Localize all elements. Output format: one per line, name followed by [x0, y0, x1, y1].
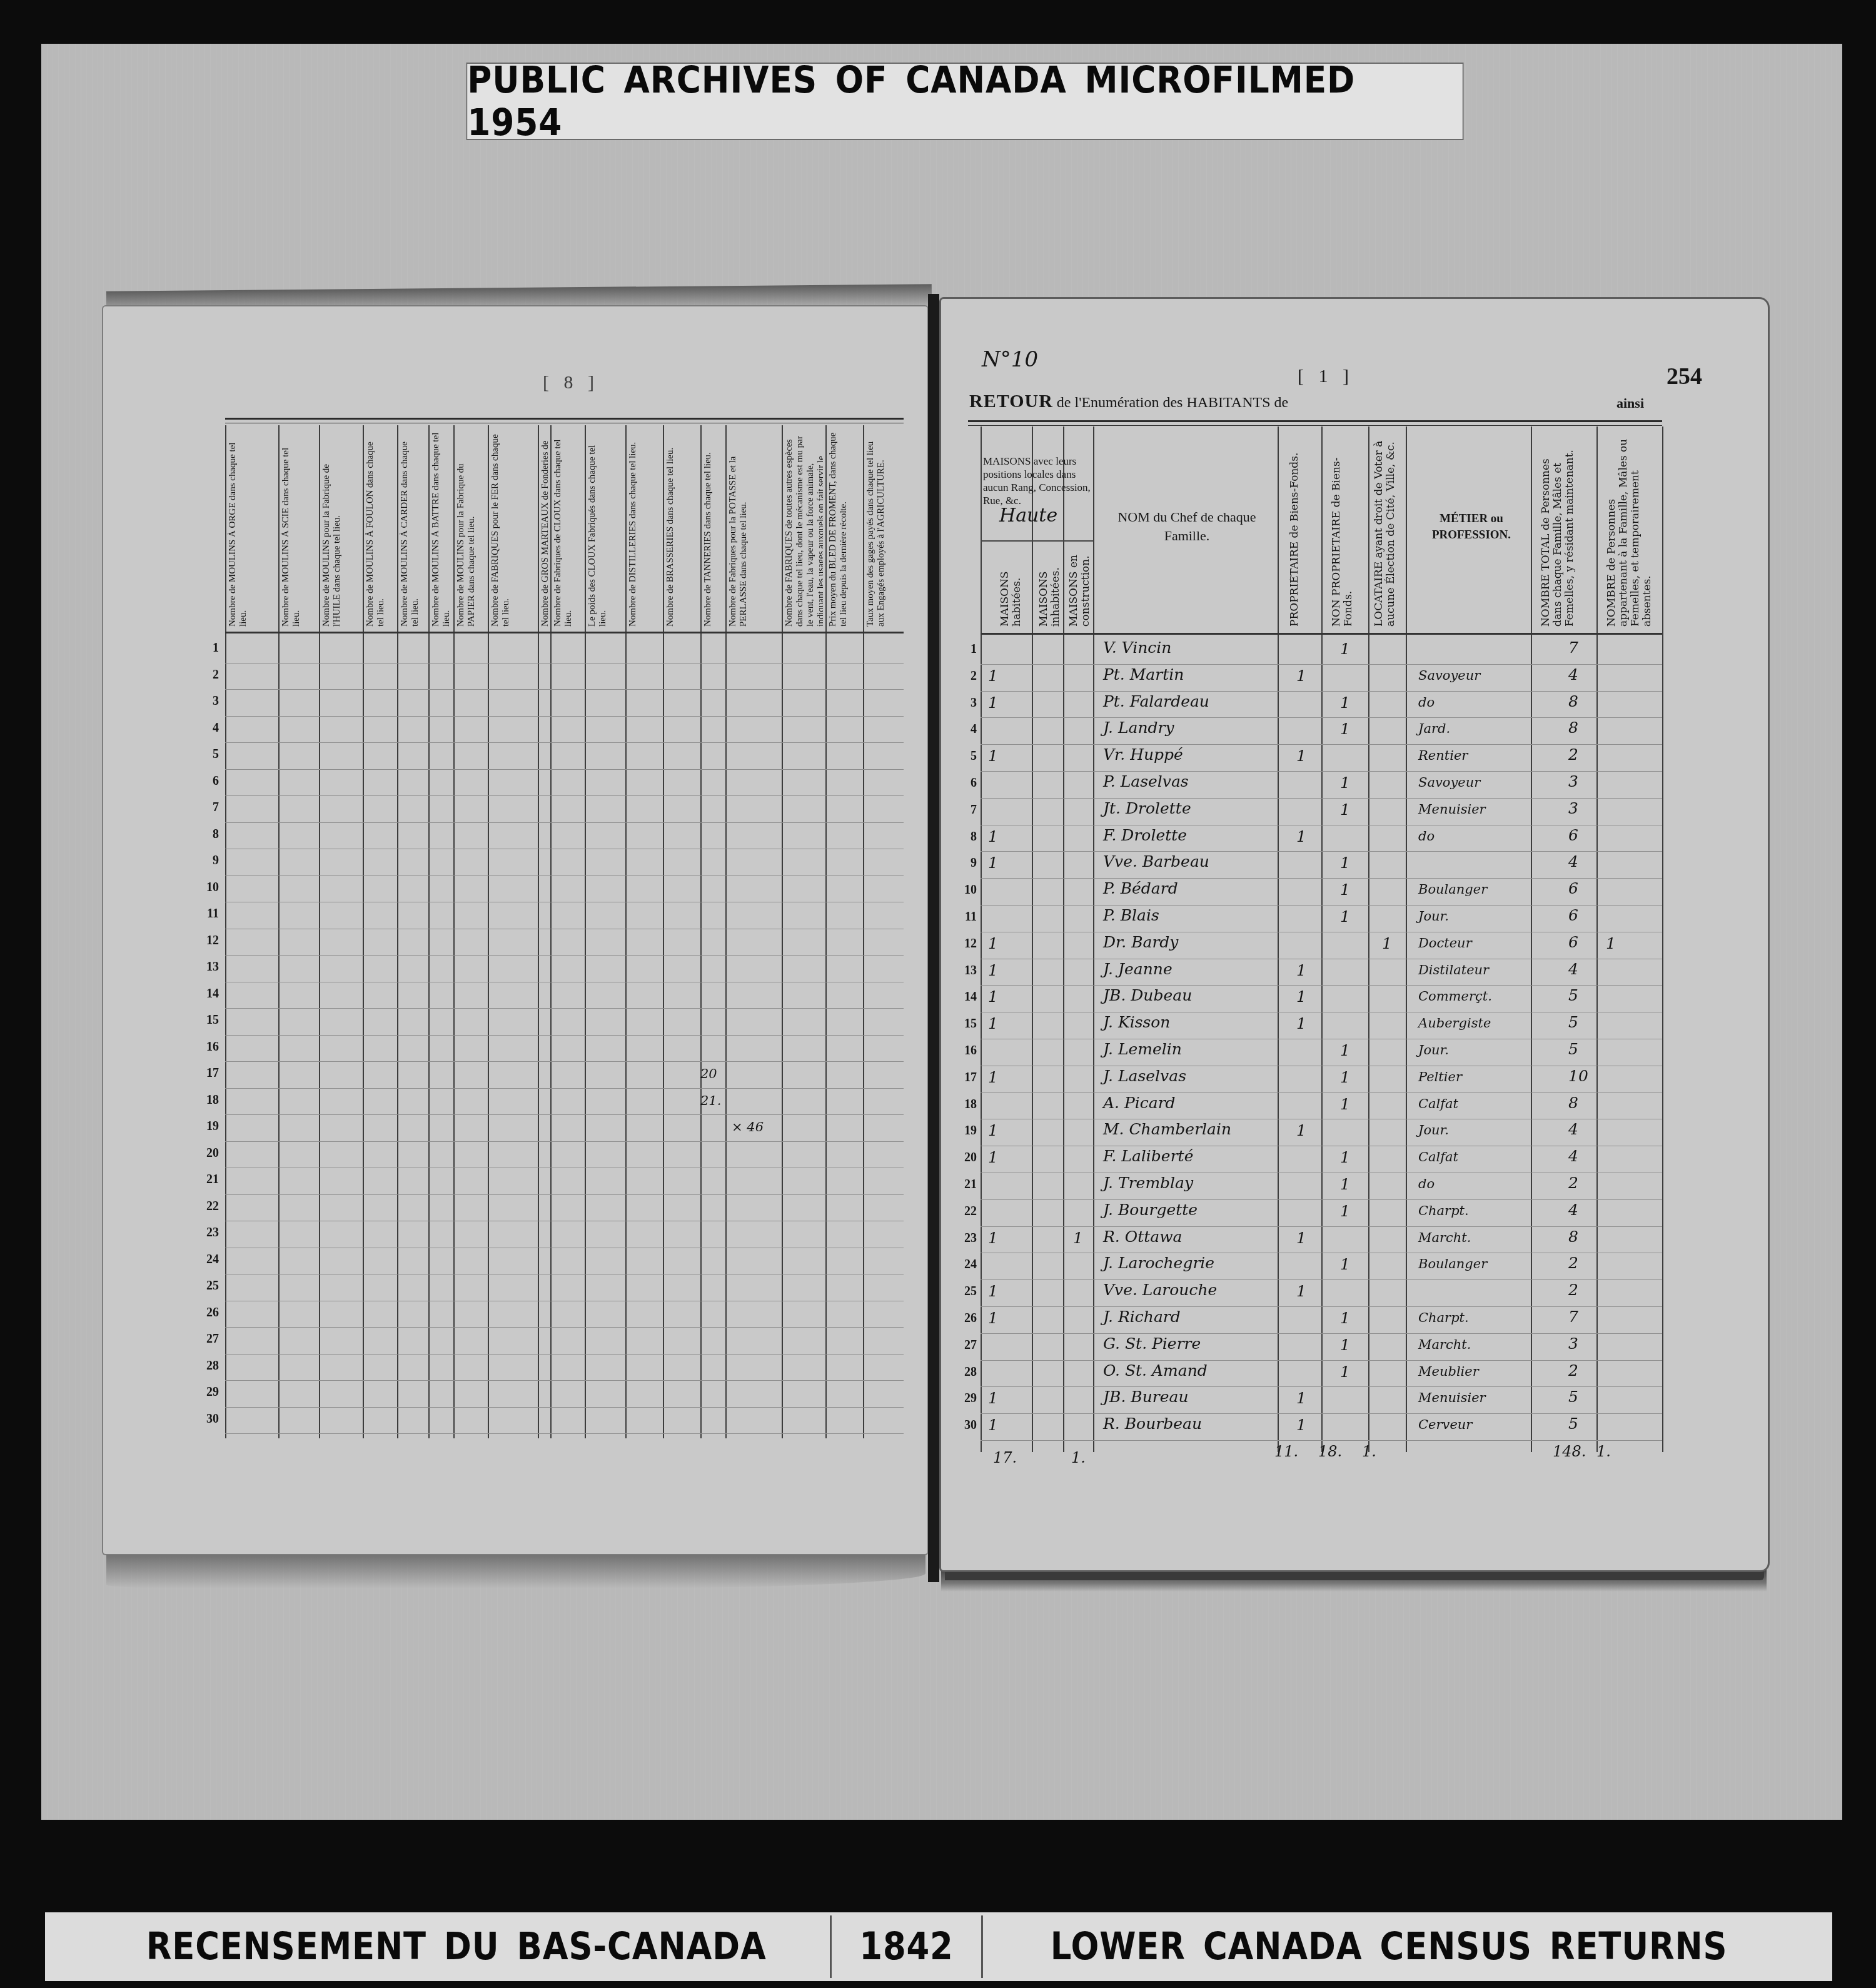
column-divider	[825, 425, 827, 1438]
column-header: MAISONS habitées.	[999, 545, 1024, 627]
occupation-cell: do	[1418, 1176, 1435, 1191]
non-proprietaire-cell: 1	[1340, 1202, 1350, 1220]
row-rule	[225, 1274, 904, 1274]
column-divider	[1596, 426, 1598, 1452]
row-number: 9	[198, 854, 219, 868]
column-header: LOCATAIRE ayant droit de Voter à aucune …	[1373, 439, 1402, 627]
non-proprietaire-cell: 1	[1340, 694, 1350, 712]
tannery-count: 21.	[700, 1093, 721, 1108]
row-number: 23	[198, 1226, 219, 1240]
maisons-habitees-cell: 1	[988, 1416, 998, 1434]
folio-number: 254	[1667, 363, 1702, 390]
column-header: Nombre de MOULINS À BATTRE dans chaque t…	[431, 430, 451, 627]
book-spine	[928, 294, 939, 1582]
maisons-group-header: MAISONS avec leurs positions locales dan…	[983, 455, 1091, 507]
row-number: 26	[956, 1311, 977, 1326]
column-divider	[663, 425, 664, 1438]
column-divider	[625, 425, 627, 1438]
row-number: 13	[198, 960, 219, 974]
proprietaire-cell: 1	[1296, 827, 1306, 845]
header-rule	[225, 418, 904, 423]
row-number: 1	[956, 642, 977, 657]
head-of-family-name: J. Kisson	[1103, 1013, 1170, 1031]
row-rule	[981, 1146, 1662, 1146]
proprietaire-cell: 1	[1296, 1389, 1306, 1407]
row-number: 10	[198, 880, 219, 895]
row-number: 24	[198, 1253, 219, 1267]
row-number: 16	[198, 1040, 219, 1054]
row-number: 24	[956, 1258, 977, 1272]
non-proprietaire-cell: 1	[1340, 1068, 1350, 1086]
head-of-family-name: JB. Bureau	[1103, 1388, 1189, 1406]
row-rule	[981, 851, 1662, 852]
column-header: Taux moyen des gages payés dans chaque t…	[865, 430, 901, 627]
total-persons-cell: 6	[1568, 933, 1578, 951]
row-rule	[225, 875, 904, 876]
row-number: 18	[198, 1093, 219, 1108]
total-persons-cell: 2	[1568, 1174, 1578, 1192]
row-rule	[225, 929, 904, 929]
row-rule	[981, 825, 1662, 825]
column-divider	[1662, 426, 1663, 1452]
head-of-family-name: Vr. Huppé	[1103, 745, 1183, 764]
non-proprietaire-cell: 1	[1340, 880, 1350, 899]
column-header: PROPRIÉTAIRE de Biens-Fonds.	[1289, 439, 1311, 627]
head-of-family-name: P. Blais	[1103, 906, 1159, 924]
non-proprietaire-cell: 1	[1340, 640, 1350, 658]
total-persons-cell: 8	[1568, 692, 1578, 710]
total-maisons-construction: 1.	[1071, 1449, 1086, 1466]
occupation-cell: Savoyeur	[1418, 775, 1480, 790]
head-of-family-name: J. Laselvas	[1103, 1067, 1186, 1085]
non-proprietaire-cell: 1	[1340, 1175, 1350, 1193]
total-persons-cell: 5	[1568, 1388, 1578, 1406]
row-rule	[225, 689, 904, 690]
row-rule	[981, 744, 1662, 745]
proprietaire-cell: 1	[1296, 1229, 1306, 1247]
row-number: 22	[198, 1199, 219, 1214]
head-of-family-name: F. Drolette	[1103, 826, 1187, 844]
row-number: 3	[198, 694, 219, 709]
total-persons-cell: 4	[1568, 665, 1578, 684]
total-persons-cell: 2	[1568, 1254, 1578, 1272]
row-rule	[981, 798, 1662, 799]
column-divider	[585, 425, 586, 1438]
occupation-cell: Menuisier	[1418, 802, 1486, 817]
row-rule	[981, 664, 1662, 665]
row-rule	[981, 1092, 1662, 1093]
head-of-family-name: O. St. Amand	[1103, 1361, 1208, 1380]
non-proprietaire-cell: 1	[1340, 1041, 1350, 1059]
maisons-habitees-cell: 1	[988, 747, 998, 765]
column-header: Nombre de MOULINS À SCIE dans chaque tel…	[281, 430, 316, 627]
proprietaire-cell: 1	[1296, 747, 1306, 765]
non-proprietaire-cell: 1	[1340, 1095, 1350, 1113]
handwritten-location: Haute	[999, 505, 1057, 527]
row-number: 23	[956, 1231, 977, 1246]
left-page-number: [ 8 ]	[543, 372, 599, 393]
total-persons-cell: 5	[1568, 1040, 1578, 1058]
column-header: NOMBRE de Personnes appartenant à la Fam…	[1606, 433, 1653, 627]
row-rule	[225, 1301, 904, 1301]
row-rule	[981, 771, 1662, 772]
maisons-habitees-cell: 1	[988, 1309, 998, 1327]
row-rule	[225, 1380, 904, 1381]
head-of-family-name: P. Bédard	[1103, 879, 1178, 897]
row-rule	[981, 1386, 1662, 1387]
column-divider	[278, 425, 280, 1438]
maisons-habitees-cell: 1	[988, 961, 998, 979]
row-number: 12	[956, 937, 977, 951]
row-number: 8	[956, 830, 977, 844]
row-rule	[981, 1173, 1662, 1173]
row-rule	[225, 769, 904, 770]
row-rule	[981, 1440, 1662, 1441]
column-header: MAISONS inhabitées.	[1038, 545, 1062, 627]
total-persons-cell: 2	[1568, 1361, 1578, 1380]
row-number: 18	[956, 1097, 977, 1112]
occupation-cell: Peltier	[1418, 1069, 1462, 1084]
column-header: Nombre de FABRIQUES de toutes autres esp…	[784, 430, 823, 627]
total-persons-cell: 10	[1568, 1067, 1588, 1085]
row-rule	[225, 663, 904, 664]
row-rule	[225, 1354, 904, 1355]
occupation-cell: Boulanger	[1418, 882, 1487, 897]
row-rule	[225, 1221, 904, 1221]
row-number: 12	[198, 934, 219, 948]
head-of-family-name: R. Ottawa	[1103, 1228, 1183, 1246]
head-of-family-name: Vve. Larouche	[1103, 1281, 1217, 1299]
total-persons-cell: 5	[1568, 986, 1578, 1004]
row-rule	[225, 1061, 904, 1062]
column-header: Nombre de TANNERIES dans chaque tel lieu…	[703, 430, 723, 627]
total-persons-cell: 3	[1568, 772, 1578, 790]
occupation-cell: Distilateur	[1418, 962, 1489, 977]
column-divider	[725, 425, 727, 1438]
group-rule	[981, 540, 1093, 542]
row-number: 5	[198, 747, 219, 762]
column-header: Prix moyen du BLED DE FROMENT, dans chaq…	[828, 430, 860, 627]
row-rule	[225, 1168, 904, 1168]
occupation-cell: Menuisier	[1418, 1390, 1486, 1405]
row-rule	[225, 955, 904, 956]
row-rule	[981, 1119, 1662, 1119]
column-divider	[453, 425, 455, 1438]
total-persons-cell: 8	[1568, 1228, 1578, 1246]
row-number: 19	[956, 1124, 977, 1138]
head-of-family-name: Dr. Bardy	[1103, 933, 1179, 951]
row-number: 21	[956, 1178, 977, 1192]
proprietaire-cell: 1	[1296, 987, 1306, 1006]
total-absent: 1.	[1596, 1443, 1611, 1460]
row-rule	[225, 1088, 904, 1089]
form-title-rest: de l'Enumération des HABITANTS de	[1057, 395, 1288, 411]
head-of-family-name: Pt. Falardeau	[1103, 692, 1209, 710]
occupation-cell: Marcht.	[1418, 1230, 1471, 1245]
head-of-family-name: V. Vincin	[1103, 638, 1171, 657]
row-number: 27	[198, 1332, 219, 1346]
total-persons-cell: 4	[1568, 1201, 1578, 1219]
potash-entry: × 46	[732, 1119, 764, 1134]
row-number: 17	[956, 1071, 977, 1085]
head-of-family-name: Pt. Martin	[1103, 665, 1184, 684]
row-rule	[981, 1360, 1662, 1361]
row-rule	[981, 1306, 1662, 1307]
row-number: 15	[956, 1017, 977, 1031]
row-number: 20	[198, 1146, 219, 1161]
occupation-cell: Jour.	[1418, 909, 1449, 924]
row-rule	[225, 822, 904, 823]
column-header: Nombre de DISTILLERIES dans chaque tel l…	[628, 430, 660, 627]
row-rule	[981, 717, 1662, 718]
head-of-family-name: P. Laselvas	[1103, 772, 1189, 790]
non-proprietaire-cell: 1	[1340, 854, 1350, 872]
total-persons-cell: 4	[1568, 960, 1578, 978]
right-page-number: [ 1 ]	[1298, 366, 1354, 387]
occupation-cell: Marcht.	[1418, 1337, 1471, 1352]
column-divider	[538, 425, 539, 1438]
row-rule	[225, 1248, 904, 1248]
column-divider	[363, 425, 364, 1438]
total-persons-cell: 6	[1568, 826, 1578, 844]
total-persons-cell: 4	[1568, 1120, 1578, 1138]
column-divider	[550, 425, 552, 1438]
total-persons-cell: 2	[1568, 745, 1578, 764]
non-proprietaire-cell: 1	[1340, 800, 1350, 819]
maisons-habitees-cell: 1	[988, 694, 998, 712]
locataire-cell: 1	[1382, 934, 1392, 952]
row-number: 25	[956, 1284, 977, 1299]
column-divider	[1406, 426, 1407, 1452]
head-of-family-name: J. Lemelin	[1103, 1040, 1182, 1058]
occupation-cell: Aubergiste	[1418, 1016, 1491, 1031]
column-header: Nombre de MOULINS pour la Fabrique du PA…	[456, 430, 485, 627]
tannery-count: 20	[700, 1066, 717, 1081]
row-rule	[981, 1253, 1662, 1253]
maisons-habitees-cell: 1	[988, 934, 998, 952]
proprietaire-cell: 1	[1296, 1014, 1306, 1032]
column-header: NOMBRE TOTAL de Personnes dans chaque Fa…	[1540, 433, 1587, 627]
row-rule	[225, 1194, 904, 1195]
column-header: Nombre de MOULINS À ORGE dans chaque tel…	[228, 430, 276, 627]
total-persons-cell: 3	[1568, 1335, 1578, 1353]
occupation-cell: do	[1418, 829, 1435, 844]
maisons-habitees-cell: 1	[988, 827, 998, 845]
row-rule	[981, 1199, 1662, 1200]
row-rule	[981, 932, 1662, 932]
occupation-cell: Jard.	[1418, 721, 1450, 736]
banner-year: 1842	[859, 1925, 953, 1969]
row-rule	[981, 1333, 1662, 1334]
row-number: 28	[198, 1359, 219, 1373]
row-number: 10	[956, 883, 977, 897]
occupation-cell: Charpt.	[1418, 1203, 1469, 1218]
column-header: Nombre de Fabriques pour la POTASSE et l…	[728, 430, 779, 627]
row-rule	[225, 795, 904, 796]
occupation-cell: do	[1418, 695, 1435, 710]
row-number: 3	[956, 696, 977, 710]
row-rule	[225, 1327, 904, 1328]
column-header: MÉTIER ou PROFESSION.	[1418, 511, 1525, 543]
occupation-cell: Charpt.	[1418, 1310, 1469, 1325]
occupation-cell: Calfat	[1418, 1149, 1458, 1164]
total-persons-cell: 3	[1568, 799, 1578, 817]
row-number: 13	[956, 964, 977, 978]
industry-table: Nombre de MOULINS À ORGE dans chaque tel…	[225, 425, 904, 1438]
row-rule	[225, 1433, 904, 1434]
archive-banner-bottom: RECENSEMENT DU BAS-CANADA 1842 LOWER CAN…	[45, 1912, 1832, 1981]
column-divider	[1531, 426, 1532, 1452]
row-rule	[225, 742, 904, 743]
non-proprietaire-cell: 1	[1340, 1148, 1350, 1166]
row-rule	[981, 1413, 1662, 1414]
column-header: Nombre de FABRIQUES pour le FER dans cha…	[490, 430, 535, 627]
total-persons-cell: 4	[1568, 1147, 1578, 1165]
occupation-cell: Jour.	[1418, 1042, 1449, 1057]
row-rule	[981, 959, 1662, 959]
total-proprietaires: 11.	[1274, 1443, 1298, 1460]
banner-fr-title: RECENSEMENT DU BAS-CANADA	[146, 1925, 766, 1969]
maisons-habitees-cell: 1	[988, 1229, 998, 1247]
row-rule	[225, 1035, 904, 1036]
row-number: 4	[198, 721, 219, 735]
row-number: 7	[198, 800, 219, 815]
row-number: 29	[198, 1385, 219, 1400]
row-number: 6	[956, 776, 977, 790]
column-header: Nombre de MOULINS pour la Fabrique de l'…	[321, 430, 360, 627]
column-divider	[1063, 426, 1064, 1452]
total-maisons-habitees: 17.	[993, 1449, 1017, 1466]
proprietaire-cell: 1	[1296, 1282, 1306, 1300]
row-rule	[981, 1279, 1662, 1280]
occupation-cell: Jour.	[1418, 1123, 1449, 1138]
column-divider	[319, 425, 320, 1438]
column-divider	[225, 425, 226, 1438]
occupation-cell: Meublier	[1418, 1364, 1479, 1379]
row-number: 6	[198, 774, 219, 789]
header-rule	[225, 632, 904, 633]
head-of-family-name: J. Richard	[1103, 1308, 1181, 1326]
occupation-cell: Boulanger	[1418, 1256, 1487, 1271]
row-number: 26	[198, 1306, 219, 1320]
handwritten-number: N°10	[982, 347, 1038, 372]
column-header: Nombre de Fabriques de CLOUX dans chaque…	[553, 430, 582, 627]
row-rule	[981, 878, 1662, 879]
row-number: 14	[198, 987, 219, 1001]
banner-divider	[830, 1915, 832, 1978]
total-persons-cell: 5	[1568, 1013, 1578, 1031]
row-number: 4	[956, 722, 977, 737]
total-persons-cell: 6	[1568, 879, 1578, 897]
form-title: RETOUR de l'Enumération des HABITANTS de	[969, 391, 1288, 412]
non-proprietaire-cell: 1	[1340, 1336, 1350, 1354]
column-divider	[981, 426, 982, 1452]
column-divider	[1368, 426, 1369, 1452]
row-number: 7	[956, 803, 977, 817]
row-number: 27	[956, 1338, 977, 1353]
row-rule	[981, 905, 1662, 906]
row-number: 17	[198, 1066, 219, 1081]
total-persons-cell: 7	[1568, 638, 1578, 657]
proprietaire-cell: 1	[1296, 1121, 1306, 1139]
head-of-family-name: J. Larochegrie	[1103, 1254, 1214, 1272]
row-number: 8	[198, 827, 219, 842]
row-number: 20	[956, 1151, 977, 1165]
census-table: MAISONS avec leurs positions locales dan…	[981, 426, 1662, 1452]
maisons-habitees-cell: 1	[988, 667, 998, 685]
maisons-habitees-cell: 1	[988, 1282, 998, 1300]
row-number: 28	[956, 1365, 977, 1380]
occupation-cell: Docteur	[1418, 936, 1472, 951]
row-number: 11	[198, 907, 219, 921]
column-header: NOM du Chef de chaque Famille.	[1099, 508, 1274, 545]
head-of-family-name: J. Landry	[1103, 719, 1174, 737]
proprietaire-cell: 1	[1296, 667, 1306, 685]
row-number: 14	[956, 990, 977, 1004]
page-edge-shadow	[106, 1551, 925, 1588]
occupation-cell: Cerveur	[1418, 1417, 1472, 1432]
column-divider	[428, 425, 430, 1438]
row-rule	[981, 1226, 1662, 1227]
column-header: Nombre de BRASSERIES dans chaque tel lie…	[665, 430, 698, 627]
row-number: 2	[956, 669, 977, 684]
head-of-family-name: Vve. Barbeau	[1103, 852, 1209, 870]
column-divider	[1278, 426, 1279, 1452]
occupation-cell: Calfat	[1418, 1096, 1458, 1111]
non-proprietaire-cell: 1	[1340, 774, 1350, 792]
archive-banner-text: PUBLIC ARCHIVES OF CANADA MICROFILMED 19…	[467, 59, 1463, 144]
column-divider	[397, 425, 398, 1438]
head-of-family-name: M. Chamberlain	[1103, 1120, 1231, 1138]
non-proprietaire-cell: 1	[1340, 720, 1350, 738]
row-number: 9	[956, 856, 977, 870]
total-persons-cell: 8	[1568, 1094, 1578, 1112]
non-proprietaire-cell: 1	[1340, 1309, 1350, 1327]
row-number: 29	[956, 1391, 977, 1406]
row-number: 30	[198, 1412, 219, 1426]
row-number: 2	[198, 668, 219, 682]
maisons-habitees-cell: 1	[988, 1389, 998, 1407]
head-of-family-name: JB. Dubeau	[1103, 986, 1192, 1004]
occupation-cell: Rentier	[1418, 748, 1468, 763]
maisons-habitees-cell: 1	[988, 987, 998, 1006]
column-header: NON PROPRIÉTAIRE de Biens-Fonds.	[1331, 439, 1356, 627]
row-number: 21	[198, 1173, 219, 1187]
head-of-family-name: R. Bourbeau	[1103, 1415, 1202, 1433]
total-persons-cell: 6	[1568, 906, 1578, 924]
row-rule	[981, 1012, 1662, 1012]
form-title-end: ainsi	[1616, 395, 1644, 411]
head-of-family-name: F. Laliberté	[1103, 1147, 1193, 1165]
row-rule	[225, 1114, 904, 1115]
maisons-habitees-cell: 1	[988, 1148, 998, 1166]
non-proprietaire-cell: 1	[1340, 907, 1350, 926]
maisons-construction-cell: 1	[1073, 1229, 1083, 1247]
column-header: MAISONS en construction.	[1068, 545, 1091, 627]
column-header: Nombre de GROS MARTEAUX de Fonderies de …	[540, 430, 548, 627]
column-divider	[488, 425, 489, 1438]
banner-divider	[981, 1915, 983, 1978]
total-non-proprietaires: 18.	[1318, 1443, 1342, 1460]
column-header: Nombre de MOULINS À CARDER dans chaque t…	[400, 430, 426, 627]
form-title-bold: RETOUR	[969, 391, 1053, 411]
occupation-cell: Savoyeur	[1418, 668, 1480, 683]
total-persons-cell: 8	[1568, 719, 1578, 737]
column-header: Le poids des CLOUX Fabriqués dans chaque…	[587, 430, 623, 627]
column-divider	[782, 425, 783, 1438]
row-rule	[225, 1008, 904, 1009]
column-divider	[863, 425, 864, 1438]
